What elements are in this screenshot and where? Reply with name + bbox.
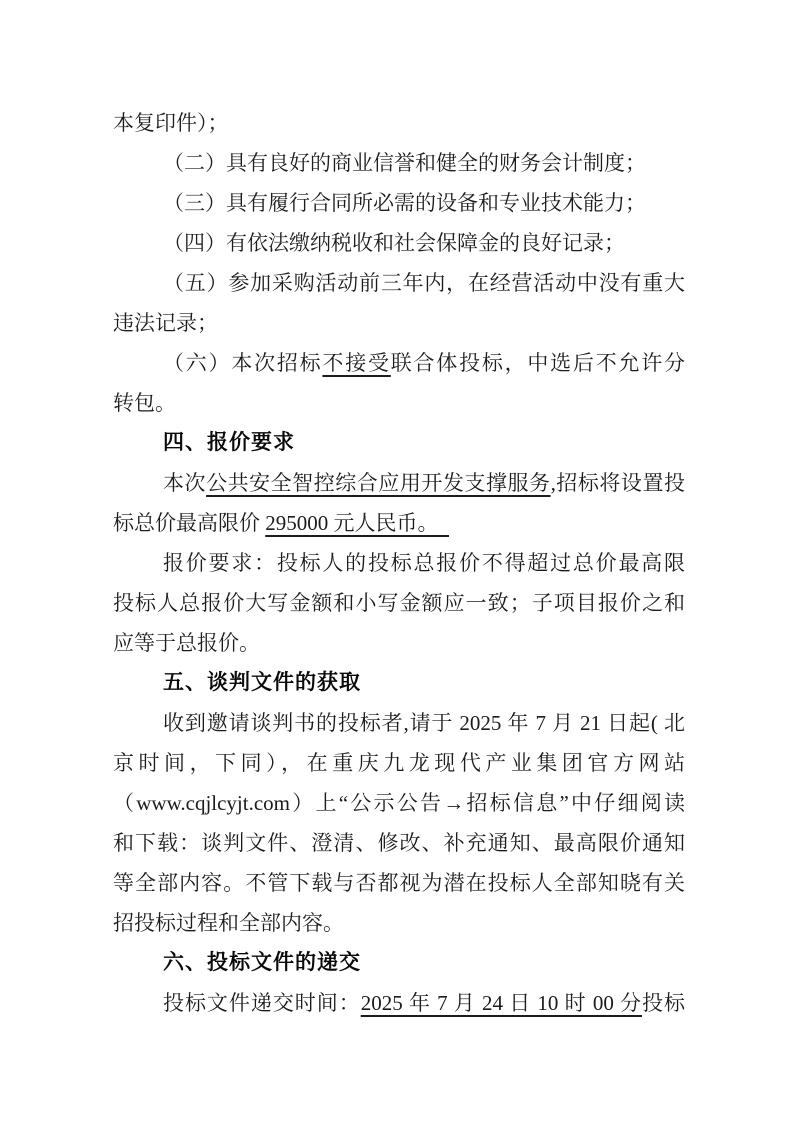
text-line: 投标文件递交时间：2025 年 7 月 24 日 10 时 00 分投标 <box>113 983 685 1023</box>
text-line: 标总价最高限价 295000 元人民币。 <box>113 503 685 543</box>
text-segment: （五）参加采购活动前三年内，在经营活动中没有重大 <box>163 271 685 295</box>
text-segment: 六、投标文件的递交 <box>163 951 361 974</box>
underlined-text-segment: 不接受 <box>322 351 390 375</box>
text-line: 本次公共安全智控综合应用开发支撑服务,招标将设置投 <box>113 463 685 503</box>
text-line: 招投标过程和全部内容。 <box>113 903 685 943</box>
text-line: 报价要求：投标人的投标总报价不得超过总价最高限价； <box>113 543 685 583</box>
text-segment: 转包。 <box>113 391 176 415</box>
text-line: （六）本次招标不接受联合体投标，中选后不允许分包、 <box>113 343 685 383</box>
text-segment: 违法记录； <box>113 311 218 335</box>
text-line: （四）有依法缴纳税收和社会保障金的良好记录； <box>113 223 685 263</box>
text-line: 等全部内容。不管下载与否都视为潜在投标人全部知晓有关 <box>113 863 685 903</box>
text-line: （www.cqjlcyjt.com）上“公示公告→招标信息”中仔细阅读 <box>113 783 685 823</box>
text-line: 转包。 <box>113 383 685 423</box>
text-segment: 应等于总报价。 <box>113 631 260 655</box>
text-line: 本复印件）； <box>113 103 685 143</box>
text-line: 和下载：谈判文件、澄清、修改、补充通知、最高限价通知 <box>113 823 685 863</box>
section-heading: 四、报价要求 <box>113 423 685 463</box>
text-segment: 本复印件）； <box>113 111 229 135</box>
text-segment: 投标文件递交时间： <box>163 991 361 1015</box>
underlined-text-segment: 公共安全智控综合应用开发支撑服务 <box>206 471 551 495</box>
text-segment: 京时间，下同），在重庆九龙现代产业集团官方网站 <box>113 751 685 775</box>
text-segment: 四、报价要求 <box>163 431 295 454</box>
text-segment: （三）具有履行合同所必需的设备和专业技术能力； <box>163 191 646 215</box>
section-heading: 五、谈判文件的获取 <box>113 663 685 703</box>
text-segment: 投标 <box>642 991 685 1015</box>
text-segment: 招投标过程和全部内容。 <box>113 911 344 935</box>
text-line: （三）具有履行合同所必需的设备和专业技术能力； <box>113 183 685 223</box>
underlined-text-segment: 2025 年 7 月 24 日 10 时 00 分 <box>361 991 642 1015</box>
text-segment: 本次 <box>163 471 206 495</box>
text-line: 违法记录； <box>113 303 685 343</box>
text-segment: 收到邀请谈判书的投标者,请于 2025 年 7 月 21 日起( 北 <box>163 711 685 735</box>
text-segment: 标总价最高限价 <box>113 511 265 535</box>
text-segment: 等全部内容。不管下载与否都视为潜在投标人全部知晓有关 <box>113 871 685 895</box>
document-page: 本复印件）；（二）具有良好的商业信誉和健全的财务会计制度；（三）具有履行合同所必… <box>0 0 793 1122</box>
text-segment: （六）本次招标 <box>163 351 322 375</box>
underlined-text-segment: 295000 元人民币。 <box>265 511 449 535</box>
text-segment: （www.cqjlcyjt.com）上“公示公告→招标信息”中仔细阅读 <box>113 791 685 815</box>
text-segment: 报价要求：投标人的投标总报价不得超过总价最高限价； <box>163 551 685 583</box>
text-line: 投标人总报价大写金额和小写金额应一致；子项目报价之和 <box>113 583 685 623</box>
text-line: 收到邀请谈判书的投标者,请于 2025 年 7 月 21 日起( 北 <box>113 703 685 743</box>
document-body: 本复印件）；（二）具有良好的商业信誉和健全的财务会计制度；（三）具有履行合同所必… <box>113 103 685 1023</box>
text-segment: （二）具有良好的商业信誉和健全的财务会计制度； <box>163 151 646 175</box>
text-line: 应等于总报价。 <box>113 623 685 663</box>
text-line: （五）参加采购活动前三年内，在经营活动中没有重大 <box>113 263 685 303</box>
text-line: （二）具有良好的商业信誉和健全的财务会计制度； <box>113 143 685 183</box>
text-segment: （四）有依法缴纳税收和社会保障金的良好记录； <box>163 231 625 255</box>
text-segment: ,招标将设置投 <box>551 471 685 495</box>
text-segment: 和下载：谈判文件、澄清、修改、补充通知、最高限价通知 <box>113 831 685 855</box>
text-segment: 投标人总报价大写金额和小写金额应一致；子项目报价之和 <box>113 591 685 615</box>
text-segment: 五、谈判文件的获取 <box>163 671 361 694</box>
section-heading: 六、投标文件的递交 <box>113 943 685 983</box>
text-line: 京时间，下同），在重庆九龙现代产业集团官方网站 <box>113 743 685 783</box>
